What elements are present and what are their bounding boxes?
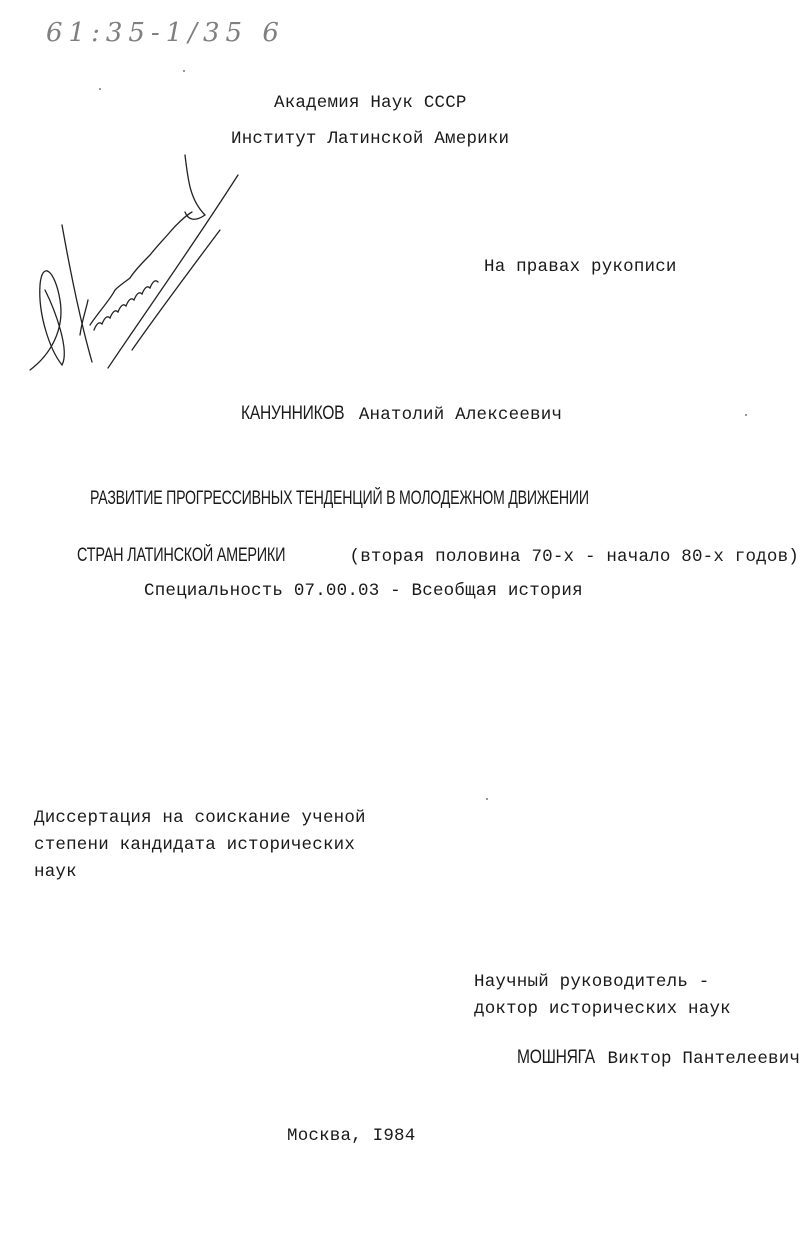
author-given-names: Анатолий Алексеевич <box>359 405 562 425</box>
author-name: КАНУННИКОВАнатолий Алексеевич <box>198 381 562 448</box>
thesis-title-period: (вторая половина 70-х - начало 80-х годо… <box>339 547 799 567</box>
institute-name: Институт Латинской Америки <box>231 128 509 150</box>
signature-icon <box>20 150 250 390</box>
specialty-label: Специальность 07.00.03 - Всеобщая истори… <box>144 580 583 602</box>
thesis-title-line-1: РАЗВИТИЕ ПРОГРЕССИВНЫХ ТЕНДЕНЦИЙ В МОЛОД… <box>90 488 589 510</box>
archive-mark: 61:35-1/35 6 <box>46 18 285 48</box>
supervisor-name: МОШНЯГА Виктор Пантелеевич <box>474 1025 799 1092</box>
city-year: Москва, I984 <box>287 1125 415 1147</box>
supervisor-given-names: Виктор Пантелеевич <box>597 1049 799 1069</box>
supervisor-role: Научный руководитель - <box>474 971 709 993</box>
scan-speck <box>745 414 747 416</box>
manuscript-rights-label: На правах рукописи <box>484 256 677 278</box>
author-surname: КАНУННИКОВ <box>241 403 338 425</box>
document-page: 61:35-1/35 6 Академия Наук СССР Институт… <box>0 0 799 1246</box>
dissertation-line-3: наук <box>34 861 77 883</box>
academy-name: Академия Наук СССР <box>274 92 467 114</box>
supervisor-surname: МОШНЯГА <box>517 1047 583 1069</box>
supervisor-degree: доктор исторических наук <box>474 998 731 1020</box>
dissertation-line-1: Диссертация на соискание ученой <box>34 807 366 829</box>
scan-speck <box>99 88 101 90</box>
dissertation-line-2: степени кандидата исторических <box>34 834 355 856</box>
scan-speck <box>486 798 488 800</box>
thesis-title-caps: СТРАН ЛАТИНСКОЙ АМЕРИКИ <box>77 545 276 567</box>
scan-speck <box>183 70 185 72</box>
